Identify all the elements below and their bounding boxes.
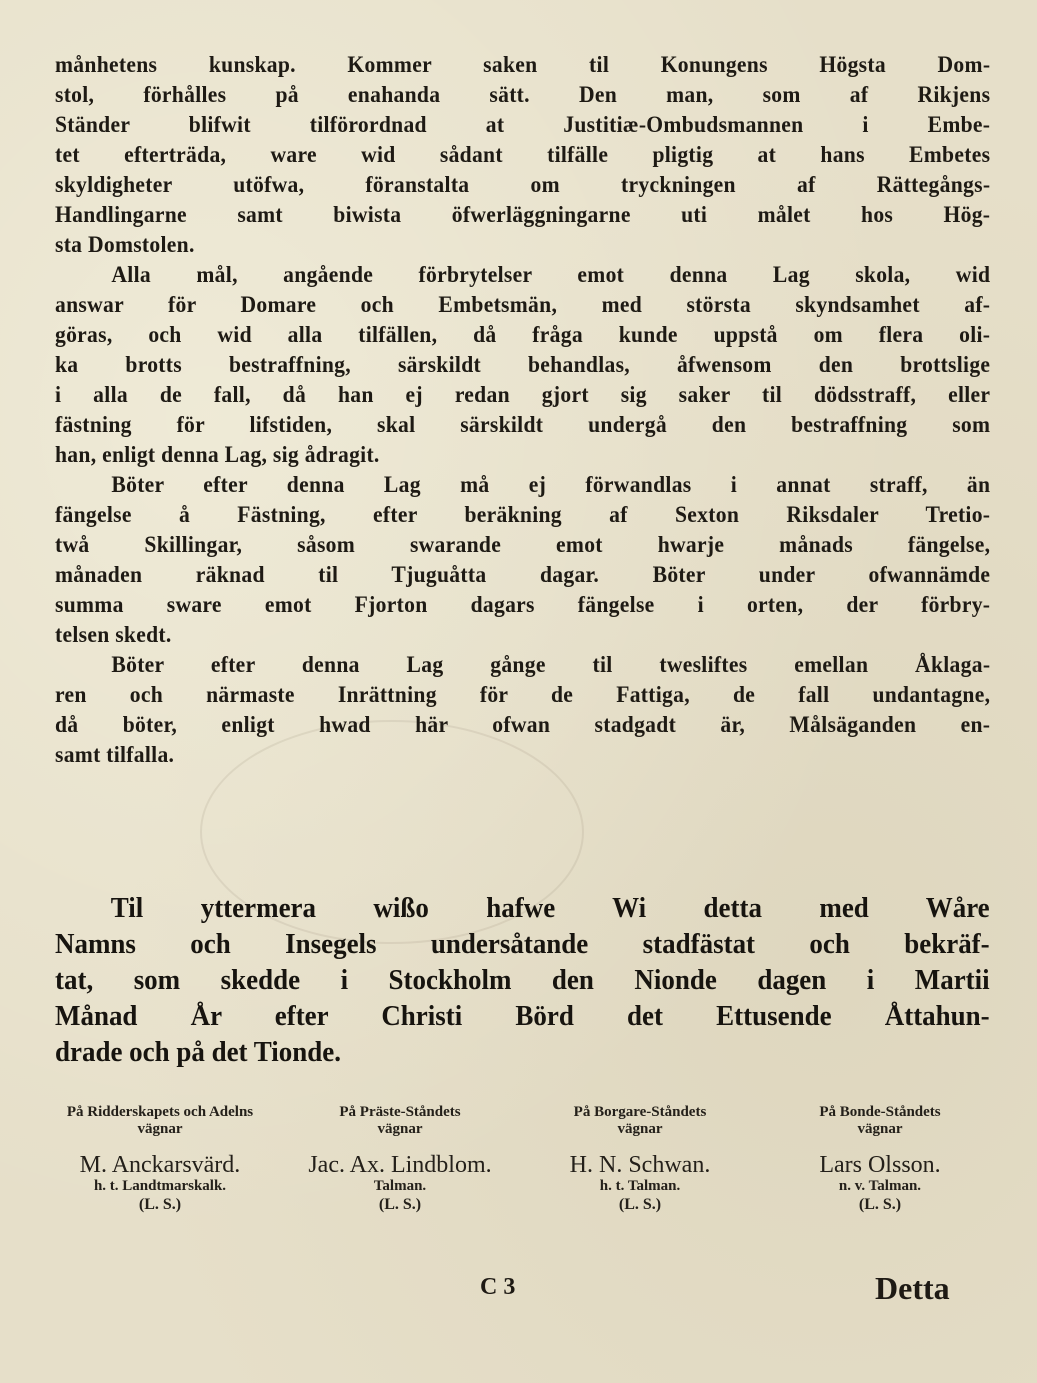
signatory-title: n. v. Talman. xyxy=(760,1178,1000,1195)
text-line: månaden räknad til Tjuguåtta dagar. Böte… xyxy=(55,560,990,590)
signatory-estate: På Bonde-Ståndets xyxy=(760,1104,1000,1121)
text-line: summa sware emot Fjorton dagars fängelse… xyxy=(55,590,990,620)
closing-line: drade och på det Tionde. xyxy=(55,1034,990,1070)
seal-mark: (L. S.) xyxy=(280,1195,520,1214)
closing-line: Namns och Insegels undersåtande stadfäst… xyxy=(55,926,990,962)
text-line: skyldigheter utöfwa, föranstalta om tryc… xyxy=(55,170,990,200)
text-line: fästning för lifstiden, skal särskildt u… xyxy=(55,410,990,440)
signatory-vagnar: vägnar xyxy=(280,1121,520,1138)
signatory-title: h. t. Talman. xyxy=(520,1178,760,1195)
text-line: tet efterträda, ware wid sådant tilfälle… xyxy=(55,140,990,170)
signatory-estate: På Borgare-Ståndets xyxy=(520,1104,760,1121)
text-line: Böter efter denna Lag gånge til tweslift… xyxy=(55,650,990,680)
closing-line: Til yttermera wißo hafwe Wi detta med Wå… xyxy=(55,890,990,926)
text-line: Handlingarne samt biwista öfwerläggninga… xyxy=(55,200,990,230)
text-line: ren och närmaste Inrättning för de Fatti… xyxy=(55,680,990,710)
signatory-name: Jac. Ax. Lindblom. xyxy=(280,1152,520,1178)
signatory-estate: På Ridderskapets och Adelns xyxy=(40,1104,280,1121)
text-line: Böter efter denna Lag må ej förwandlas i… xyxy=(55,470,990,500)
text-line: telsen skedt. xyxy=(55,620,990,650)
text-line: sta Domstolen. xyxy=(55,230,990,260)
signatory-title: h. t. Landtmarskalk. xyxy=(40,1178,280,1195)
page-footer: C 3 Detta xyxy=(0,1270,1037,1320)
signatory-vagnar: vägnar xyxy=(40,1121,280,1138)
signature-block: På Ridderskapets och Adelns vägnar M. An… xyxy=(40,1104,1000,1214)
seal-mark: (L. S.) xyxy=(520,1195,760,1214)
signatory-nobility: På Ridderskapets och Adelns vägnar M. An… xyxy=(40,1104,280,1214)
signatory-estate: På Präste-Ståndets xyxy=(280,1104,520,1121)
catchword: Detta xyxy=(875,1270,950,1307)
signatory-burghers: På Borgare-Ståndets vägnar H. N. Schwan.… xyxy=(520,1104,760,1214)
closing-paragraph: Til yttermera wißo hafwe Wi detta med Wå… xyxy=(55,890,990,1070)
text-line: då böter, enligt hwad här ofwan stadgadt… xyxy=(55,710,990,740)
signatory-vagnar: vägnar xyxy=(760,1121,1000,1138)
closing-line: tat, som skedde i Stockholm den Nionde d… xyxy=(55,962,990,998)
text-line: stol, förhålles på enahanda sätt. Den ma… xyxy=(55,80,990,110)
page-body: månhetens kunskap. Kommer saken til Konu… xyxy=(55,50,990,770)
text-line: göras, och wid alla tilfällen, då fråga … xyxy=(55,320,990,350)
text-line: samt tilfalla. xyxy=(55,740,990,770)
paragraph-2: Alla mål, angående förbrytelser emot den… xyxy=(55,260,990,470)
signatory-name: M. Anckarsvärd. xyxy=(40,1152,280,1178)
text-line: twå Skillingar, såsom swarande emot hwar… xyxy=(55,530,990,560)
signatory-vagnar: vägnar xyxy=(520,1121,760,1138)
paragraph-3: Böter efter denna Lag må ej förwandlas i… xyxy=(55,470,990,650)
text-line: ka brotts bestraffning, särskildt behand… xyxy=(55,350,990,380)
signatory-clergy: På Präste-Ståndets vägnar Jac. Ax. Lindb… xyxy=(280,1104,520,1214)
signatory-title: Talman. xyxy=(280,1178,520,1195)
text-line: månhetens kunskap. Kommer saken til Konu… xyxy=(55,50,990,80)
paragraph-4: Böter efter denna Lag gånge til tweslift… xyxy=(55,650,990,770)
signatory-name: Lars Olsson. xyxy=(760,1152,1000,1178)
paragraph-1: månhetens kunskap. Kommer saken til Konu… xyxy=(55,50,990,260)
text-line: han, enligt denna Lag, sig ådragit. xyxy=(55,440,990,470)
text-line: fängelse å Fästning, efter beräkning af … xyxy=(55,500,990,530)
printer-signature-mark: C 3 xyxy=(480,1274,515,1301)
text-line: answar för Domare och Embetsmän, med stö… xyxy=(55,290,990,320)
text-line: Alla mål, angående förbrytelser emot den… xyxy=(55,260,990,290)
seal-mark: (L. S.) xyxy=(760,1195,1000,1214)
signatory-peasants: På Bonde-Ståndets vägnar Lars Olsson. n.… xyxy=(760,1104,1000,1214)
closing-line: Månad År efter Christi Börd det Ettusend… xyxy=(55,998,990,1034)
text-line: Ständer blifwit tilförordnad at Justitiæ… xyxy=(55,110,990,140)
signatory-name: H. N. Schwan. xyxy=(520,1152,760,1178)
seal-mark: (L. S.) xyxy=(40,1195,280,1214)
text-line: i alla de fall, då han ej redan gjort si… xyxy=(55,380,990,410)
